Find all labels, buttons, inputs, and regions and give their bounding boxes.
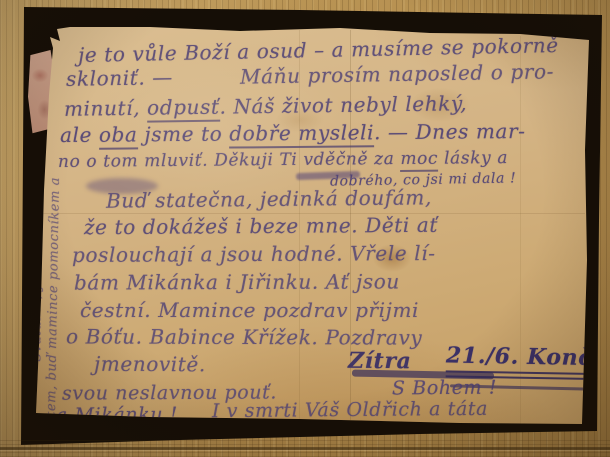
handwritten-line: no o tom mluviť. Děkuji Ti vděčně za moc… bbox=[58, 150, 508, 172]
handwriting-segment: moc bbox=[400, 149, 438, 172]
handwriting-segment: minutí, bbox=[64, 96, 147, 121]
handwriting-segment: ale bbox=[60, 123, 99, 147]
handwriting-segment: Máňu prosím naposled o pro- bbox=[240, 59, 554, 88]
handwriting-segment: Zítra bbox=[348, 348, 412, 375]
handwriting-segment: oba bbox=[99, 122, 138, 149]
handwriting-segment: jsme to bbox=[137, 122, 229, 147]
handwriting-segment: no o tom mluviť. Děkuji Ti vděčně za bbox=[58, 149, 401, 172]
letter-paper: je to vůle Boží a osud – a musíme se pok… bbox=[0, 0, 610, 457]
handwritten-line: ale oba jsme to dobře mysleli. — Dnes ma… bbox=[60, 121, 526, 146]
handwriting-segment: jmenovitě. bbox=[94, 352, 206, 377]
handwritten-line: Zítra bbox=[348, 350, 412, 374]
handwritten-line: jmenovitě. bbox=[94, 354, 206, 376]
handwriting-segment: že to dokážeš i beze mne. Děti ať bbox=[84, 213, 438, 239]
handwriting-segment: Buď statečna, jedinká doufám, bbox=[106, 185, 432, 212]
handwriting-segment: poslouchají a jsou hodné. Vřele lí- bbox=[72, 241, 436, 267]
handwriting-segment: . — Dnes mar- bbox=[374, 119, 526, 144]
handwritten-line: o Bóťu. Babince Křížek. Pozdravy bbox=[66, 326, 422, 348]
handwritten-line: bám Mikánka i Jiřinku. Ať jsou bbox=[74, 271, 400, 293]
handwritten-line: Buď statečna, jedinká doufám, bbox=[106, 187, 432, 211]
handwriting-segment: dobře mysleli bbox=[229, 120, 374, 148]
handwriting-segment: bám Mikánka i Jiřinku. Ať jsou bbox=[74, 269, 400, 294]
handwriting-segment: lásky a bbox=[438, 148, 508, 169]
handwritten-line: poslouchají a jsou hodné. Vřele lí- bbox=[72, 243, 436, 266]
handwriting-segment: čestní. Mamince pozdrav přijmi bbox=[80, 298, 419, 322]
handwriting-segment: S Bohem ! bbox=[392, 377, 497, 400]
framed-letter-photo: je to vůle Boží a osud – a musíme se pok… bbox=[0, 0, 610, 457]
handwritten-line: skloniť. — bbox=[66, 67, 173, 90]
handwritten-line: Máňu prosím naposled o pro- bbox=[240, 61, 554, 87]
cardboard-groove-highlight bbox=[0, 450, 610, 451]
handwriting-segment: odpusť bbox=[147, 95, 220, 123]
handwritten-line: minutí, odpusť. Náš život nebyl lehký, bbox=[64, 93, 467, 120]
handwriting-segment: . Náš život nebyl lehký, bbox=[219, 91, 467, 118]
handwritten-line: že to dokážeš i beze mne. Děti ať bbox=[84, 215, 438, 238]
handwriting-segment: o Bóťu. Babince Křížek. Pozdravy bbox=[66, 324, 422, 349]
handwriting-segment: skloniť. — bbox=[66, 65, 173, 91]
handwritten-line: S Bohem ! bbox=[392, 379, 497, 400]
handwritten-line: čestní. Mamince pozdrav přijmi bbox=[80, 300, 419, 321]
